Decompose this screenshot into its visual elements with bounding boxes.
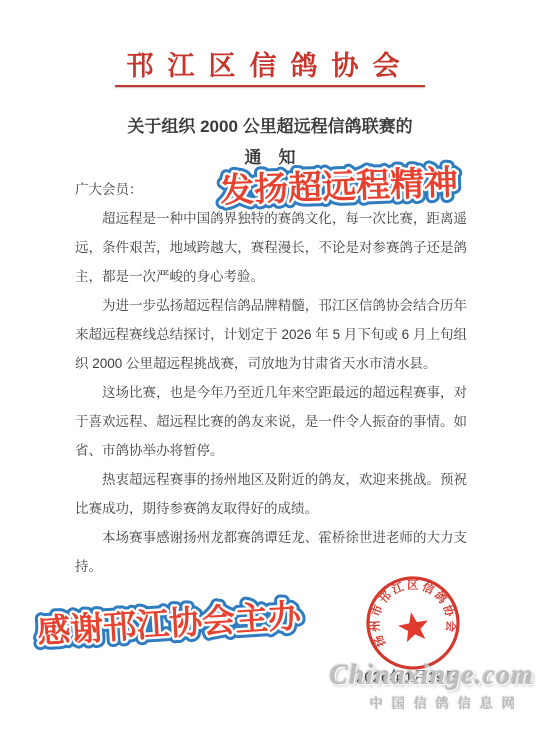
notice-body: 广大会员： 超远程是一种中国鸽界独特的赛鸽文化，每一次比赛，距离遥远，条件艰苦，… xyxy=(75,175,467,581)
notice-page: 邗江区信鸽协会 关于组织 2000 公里超远程信鸽联赛的 通 知 发扬超远程精神… xyxy=(0,0,540,732)
salutation: 广大会员： xyxy=(75,175,467,204)
official-stamp: 扬州市邗江区信鸽协会 xyxy=(355,565,471,681)
watermark-name: 中国信鸽信息网 xyxy=(329,693,534,712)
paragraph-4: 热衷超远程赛事的扬州地区及附近的鸽友，欢迎来挑战。预祝比赛成功，期待参赛鸽友取得… xyxy=(75,465,467,523)
paragraph-1: 超远程是一种中国鸽界独特的赛鸽文化，每一次比赛，距离遥远，条件艰苦，地域跨越大，… xyxy=(75,204,467,291)
issue-date: 2026年1月19日 xyxy=(356,666,459,687)
header-rule xyxy=(115,85,425,87)
org-title: 邗江区信鸽协会 xyxy=(0,44,540,83)
paragraph-3: 这场比赛，也是今年乃至近几年来空距最远的超远程赛事，对于喜欢远程、超远程比赛的鸽… xyxy=(75,378,467,465)
thanks-sticker-label: 感谢邗江协会主办 xyxy=(36,597,303,650)
thanks-sticker: 感谢邗江协会主办 感谢邗江协会主办 感谢邗江协会主办 xyxy=(12,583,327,660)
notice-title: 关于组织 2000 公里超远程信鸽联赛的 xyxy=(0,112,540,137)
stamp-star-icon xyxy=(396,610,431,644)
paragraph-2: 为进一步弘扬超远程信鸽品牌精髓，邗江区信鸽协会结合历年来超远程赛线总结探讨，计划… xyxy=(75,291,467,378)
